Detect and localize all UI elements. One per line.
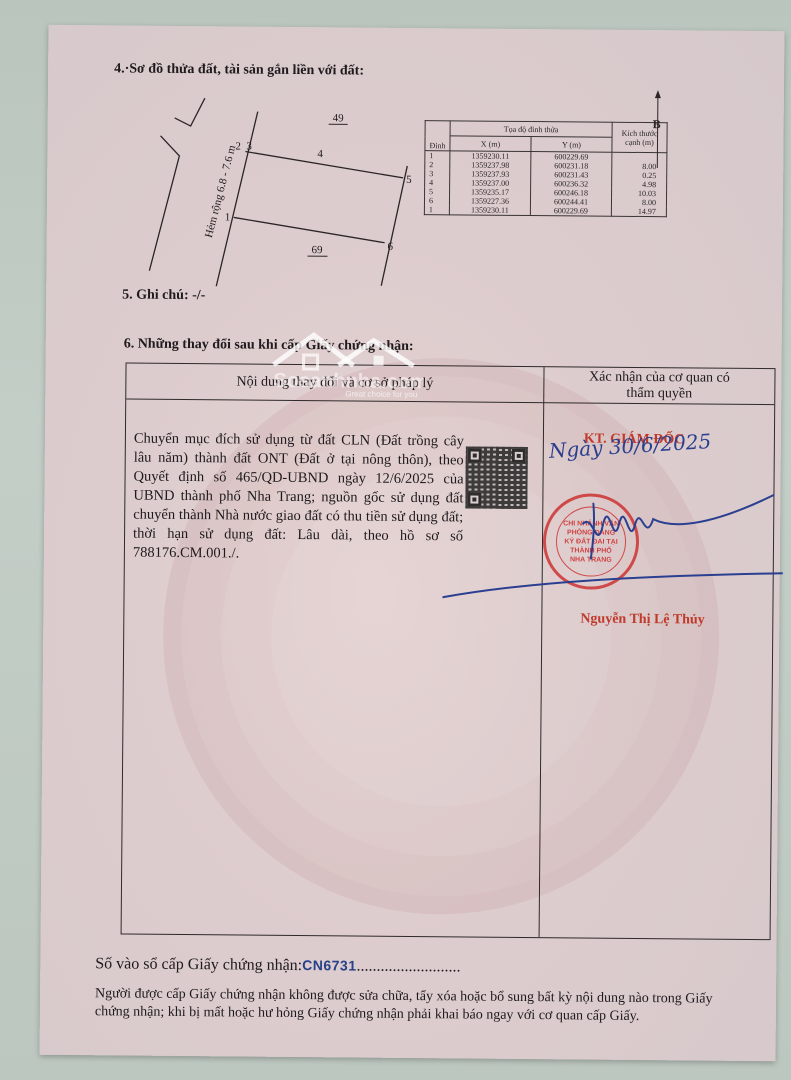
cell-vertex: 5 — [425, 187, 450, 196]
parcel-diagram: 49 69 2 3 4 5 1 6 Hẻm rộng 6.8 - 7.6 m — [141, 96, 413, 298]
vertex-5: 5 — [406, 174, 412, 186]
cell-length: 14.97 — [611, 207, 666, 217]
vertex-1: 1 — [225, 211, 231, 223]
section-4-title: 4.·Sơ đồ thửa đất, tài sản gắn liền với … — [114, 61, 364, 79]
cell-vertex: 6 — [424, 196, 449, 205]
authority-column-header: Xác nhận của cơ quan có thẩm quyền — [544, 367, 774, 404]
section-6-title: 6. Những thay đổi sau khi cấp Giấy chứng… — [124, 336, 414, 355]
registry-number: CN6731 — [302, 957, 357, 973]
change-content-text: Chuyển mục đích sử dụng từ đất CLN (Đất … — [133, 430, 464, 566]
north-arrow-icon: B — [647, 88, 668, 168]
cell-vertex: 4 — [425, 178, 450, 187]
cell-length: 10.03 — [612, 189, 667, 198]
coordinate-row: 11359230.11600229.6914.97 — [424, 205, 666, 217]
changes-table: Nội dung thay đổi và cơ sở pháp lý Xác n… — [121, 362, 776, 940]
cell-y: 600229.69 — [530, 206, 611, 216]
cell-vertex: 3 — [425, 169, 450, 178]
legal-notice: Người được cấp Giấy chứng nhận không đượ… — [95, 985, 735, 1027]
header-vertex: Đỉnh — [425, 121, 450, 151]
cell-length: 0.25 — [612, 171, 667, 180]
coordinate-table: Đỉnh Tọa độ đỉnh thửa Kích thước cạnh (m… — [424, 120, 668, 217]
svg-text:B: B — [653, 117, 661, 131]
cell-vertex: 1 — [425, 151, 450, 161]
header-y: Y (m) — [531, 137, 612, 153]
vertex-4: 4 — [317, 148, 323, 160]
header-x: X (m) — [450, 136, 531, 152]
cell-vertex: 1 — [424, 205, 449, 215]
certificate-page: 4.·Sơ đồ thửa đất, tài sản gắn liền với … — [40, 25, 785, 1061]
handwritten-date: Ngày 30/6/2025 — [548, 429, 712, 463]
road-width-label: Hẻm rộng 6.8 - 7.6 m — [203, 144, 239, 239]
content-column-header: Nội dung thay đổi và cơ sở pháp lý — [126, 364, 543, 403]
cell-vertex: 2 — [425, 160, 450, 169]
registry-label: Số vào sổ cấp Giấy chứng nhận: — [95, 955, 302, 974]
cell-x: 1359230.11 — [449, 205, 530, 215]
vertex-3: 3 — [246, 141, 252, 153]
header-group-coordinates: Tọa độ đỉnh thửa — [450, 121, 612, 137]
neighbor-parcel-69: 69 — [311, 244, 323, 256]
official-red-stamp: CHI NHÁNH VĂN PHÒNG ĐĂNG KÝ ĐẤT ĐAI TẠI … — [543, 493, 640, 590]
registry-line: Số vào sổ cấp Giấy chứng nhận:CN6731....… — [95, 955, 460, 976]
section-5-note: 5. Ghi chú: -/- — [122, 287, 205, 304]
cell-length: 4.98 — [612, 180, 667, 189]
cell-length: 8.00 — [611, 198, 666, 207]
signer-name: Nguyễn Thị Lệ Thủy — [580, 611, 705, 628]
neighbor-parcel-49: 49 — [333, 112, 345, 124]
qr-code — [465, 446, 528, 509]
registry-dots: .......................... — [356, 958, 460, 976]
authority-confirmation: KT. GIÁM ĐỐC Ngày 30/6/2025 CHI NHÁNH VĂ… — [542, 403, 774, 665]
vertex-6: 6 — [388, 241, 394, 253]
